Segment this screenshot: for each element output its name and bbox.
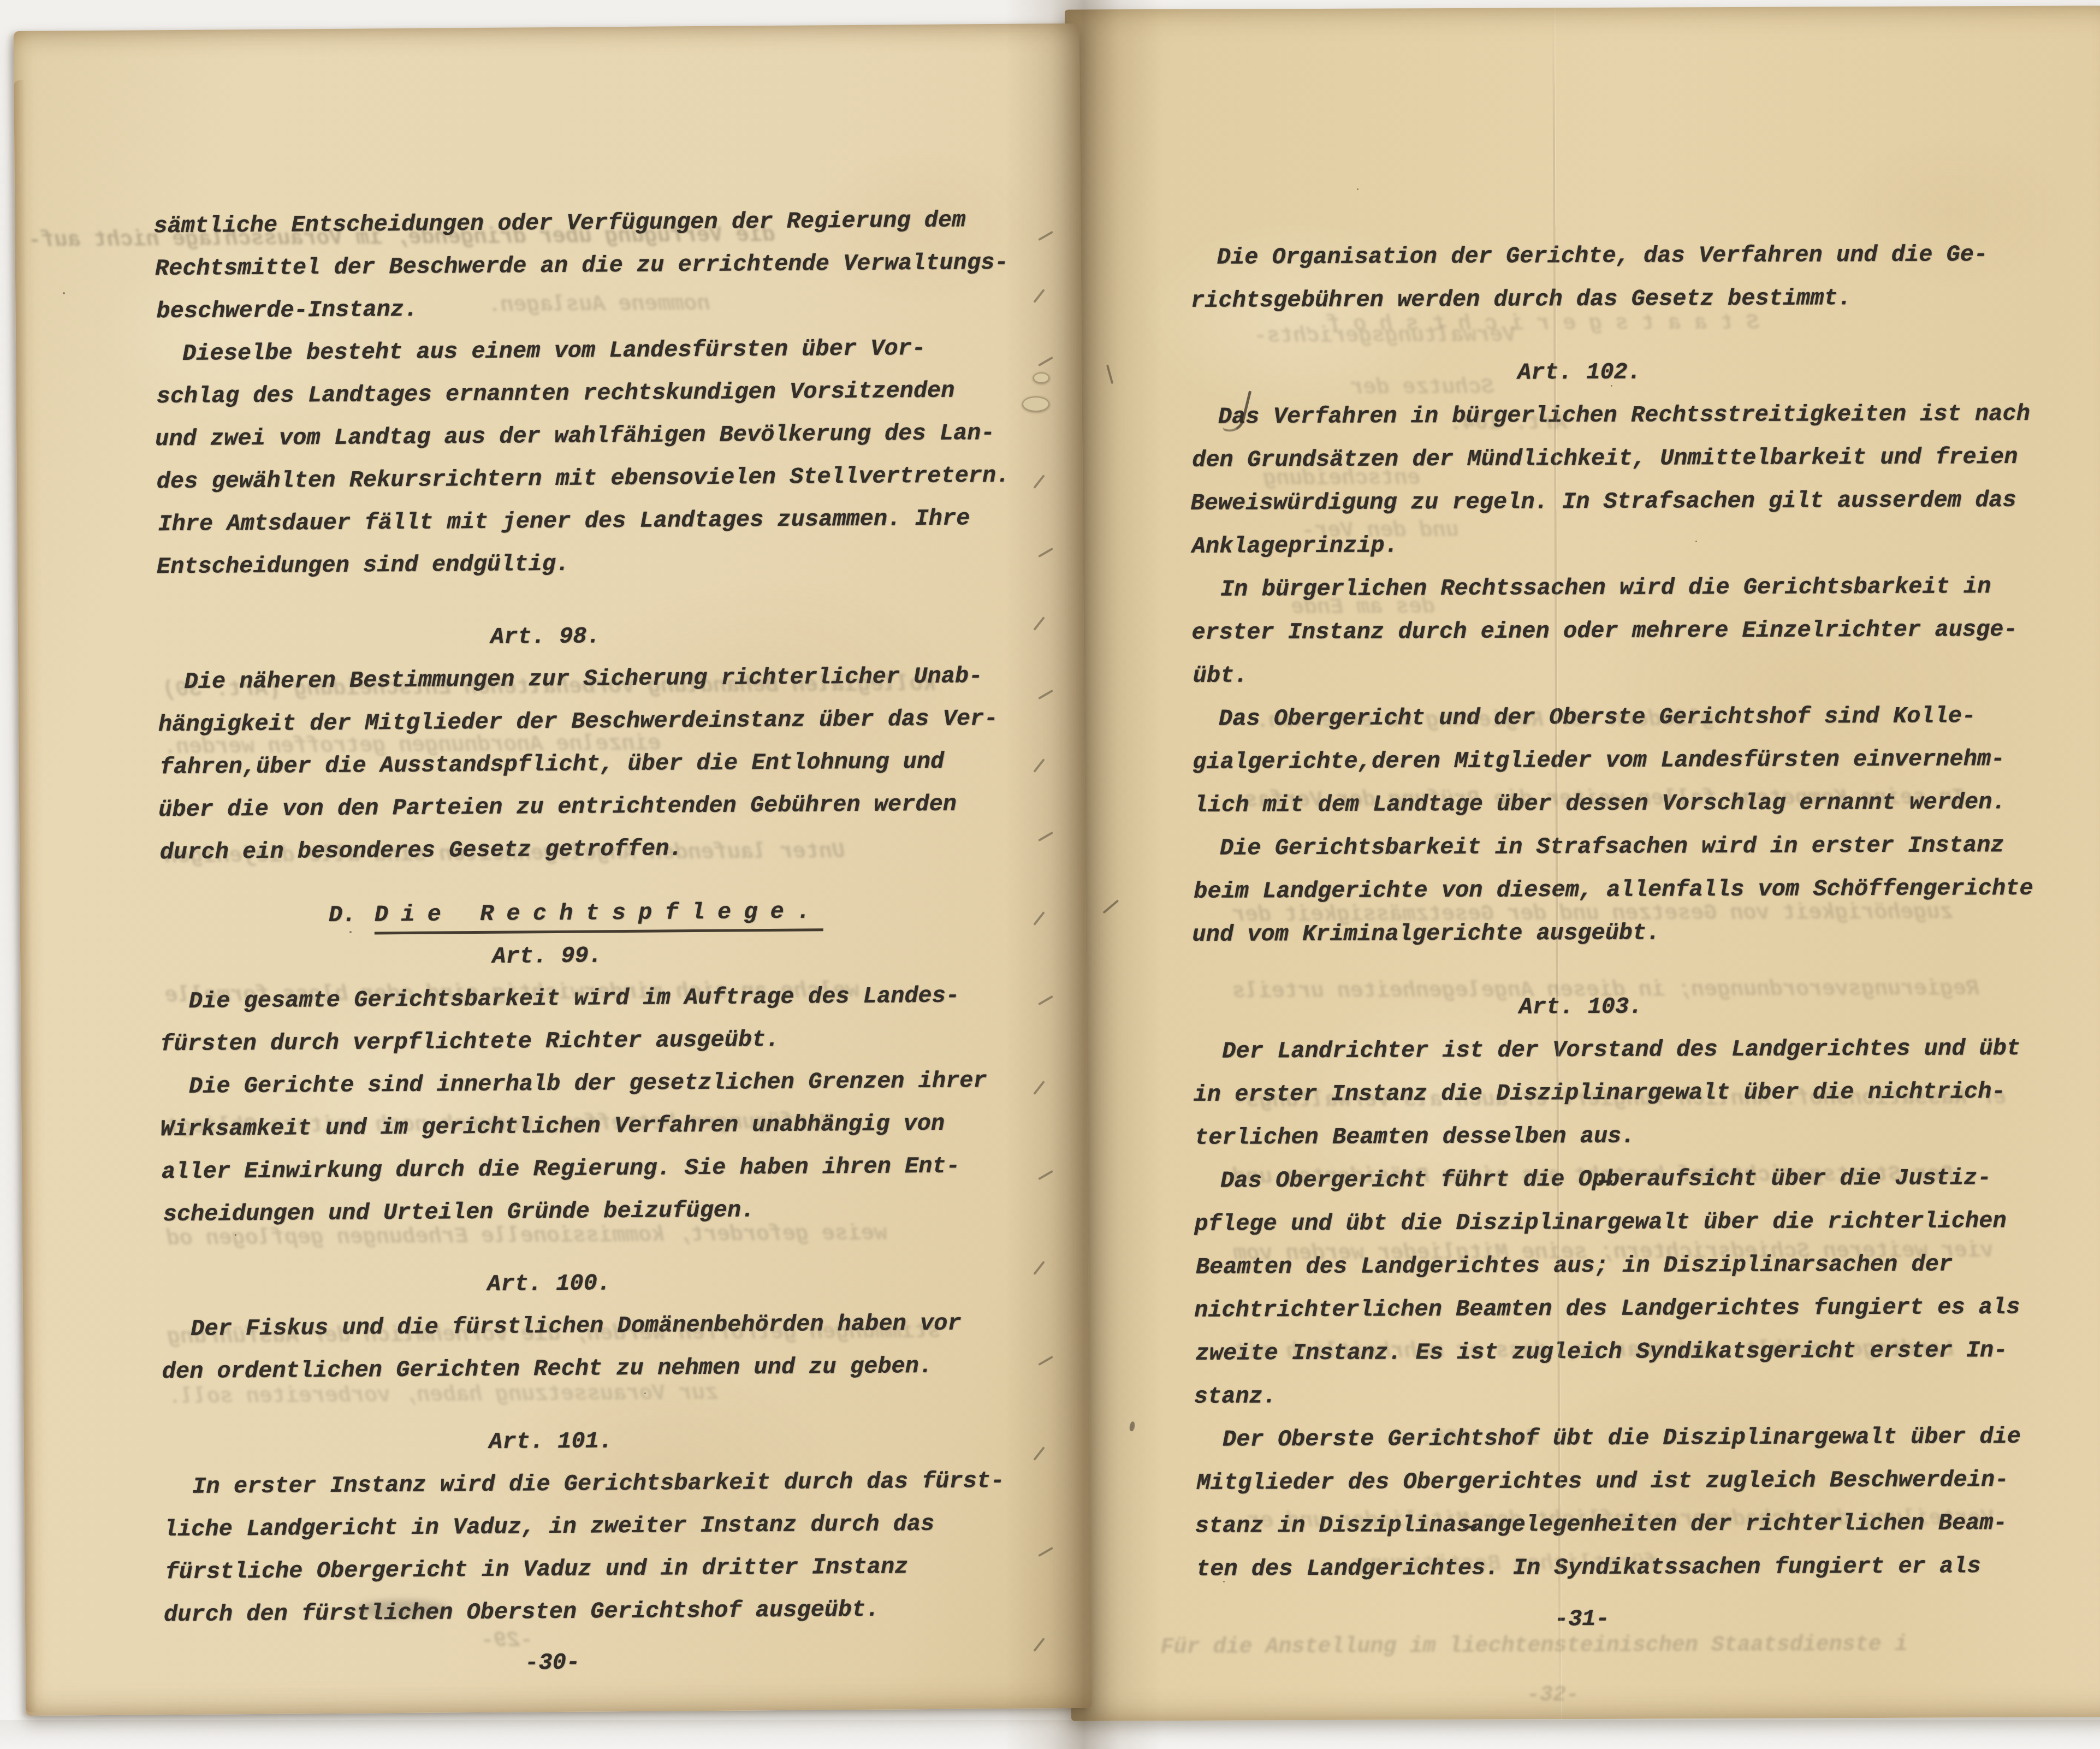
typescript-line: und zwei vom Landtag aus der wahlfähigen… xyxy=(155,422,1011,450)
typescript-line: liche Landgericht in Vaduz, in zweiter I… xyxy=(164,1512,1020,1541)
article-heading: Art. 102. xyxy=(1192,359,2048,386)
left-page: die Verfügung über dringende, im Vorauss… xyxy=(14,23,1092,1716)
dust-speck xyxy=(1223,1581,1225,1582)
typescript-line: ten des Landgerichtes. In Syndikatssache… xyxy=(1196,1555,2052,1581)
typescript-line: pflege und übt die Disziplinargewalt übe… xyxy=(1194,1210,2050,1236)
dust-speck xyxy=(1993,844,1995,846)
section-title: Die Rechtspflege. xyxy=(375,898,823,934)
typescript-line: Der Fiskus und die fürstlichen Domänenbe… xyxy=(163,1312,1019,1341)
typescript-line: Der Landrichter ist der Vorstand des Lan… xyxy=(1195,1037,2051,1063)
right-page: S t a a t s g e r i c h t s h o f .Verwa… xyxy=(1065,5,2100,1721)
typescript-line: scheidungen und Urteilen Gründe beizufüg… xyxy=(163,1197,1019,1226)
pen-mark xyxy=(1102,899,1119,914)
typescript-line: Die gesamte Gerichtsbarkeit wird im Auft… xyxy=(162,984,1018,1013)
typescript-line: nichtrichterlichen Beamten des Landgeric… xyxy=(1194,1296,2050,1322)
pen-mark xyxy=(1129,1421,1135,1432)
bleedthrough-text: zur Voraussetzung haben, vorbereiten sol… xyxy=(168,1383,718,1409)
section-letter: D. xyxy=(329,902,357,928)
typescript-line: Wirksamkeit und im gerichtlichen Verfahr… xyxy=(160,1112,1016,1141)
typescript-line: gialgerichte,deren Mitglieder vom Landes… xyxy=(1193,748,2049,774)
typescript-line: Mitglieder des Obergerichtes und ist zug… xyxy=(1196,1468,2052,1495)
typescript-line: durch ein besonderes Gesetz getroffen. xyxy=(160,835,1016,864)
typescript-line: Die Gerichtsbarkeit in Strafsachen wird … xyxy=(1193,834,2049,860)
article-heading: Art. 99. xyxy=(160,941,1016,970)
bleedthrough-text: Verwaltungsgerichts- xyxy=(1254,325,1516,348)
dust-speck xyxy=(1357,188,1359,190)
typescript-line: fahren,über die Ausstandspflicht, über d… xyxy=(159,750,1016,779)
typescript-line: stanz in Disziplinas̶angelegenheiten der… xyxy=(1195,1511,2051,1538)
dust-speck xyxy=(235,1234,236,1236)
article-heading: Art. 100. xyxy=(162,1269,1018,1298)
typescript-line: fürstliche Obergericht in Vaduz und in d… xyxy=(165,1555,1021,1584)
typescript-line: Beamten des Landgerichtes aus; in Diszip… xyxy=(1196,1253,2052,1279)
typescript-line: in erster Instanz die Disziplinargewalt … xyxy=(1194,1080,2050,1106)
page-number: -31- xyxy=(1195,1606,2051,1632)
typescript-line: stanz. xyxy=(1194,1382,2050,1408)
typescript-line: den ordentlichen Gerichten Recht zu nehm… xyxy=(162,1354,1018,1383)
typescript-line: und vom Kriminalgerichte ausgeübt. xyxy=(1192,920,2048,946)
article-heading: Art. 103. xyxy=(1194,994,2050,1020)
typescript-line: den Grundsätzen der Mündlichkeit, Unmitt… xyxy=(1192,446,2048,472)
bleedthrough-text: -32- xyxy=(1527,1685,1579,1706)
typescript-line: Das Obergericht führt die Op̶beraufsicht… xyxy=(1193,1166,2049,1193)
page-stack-edge xyxy=(14,80,51,1712)
typescript-line: übt. xyxy=(1193,661,2049,687)
typescript-line: terlichen Beamten desselben aus. xyxy=(1195,1123,2051,1149)
typescript-line: Anklageprinzip. xyxy=(1192,532,2048,558)
typescript-line: Das Obergericht und der Oberste Gerichts… xyxy=(1191,704,2048,731)
typescript-line: Das Verfahren in bürgerlichen Rechtsstre… xyxy=(1191,402,2047,429)
typescript-line: Entscheidungen sind endgültig. xyxy=(157,549,1013,578)
typescript-line: Die Organisation der Gerichte, das Verfa… xyxy=(1190,243,2046,269)
dust-speck xyxy=(349,931,352,933)
typescript-line: fürsten durch verpflichtete Richter ausg… xyxy=(160,1027,1016,1056)
typescript-line: Beweiswürdigung zu regeln. In Strafsache… xyxy=(1190,489,2046,515)
dust-speck xyxy=(1611,385,1612,387)
dust-speck xyxy=(63,292,65,294)
dust-speck xyxy=(1695,541,1697,542)
typescript-line: schlag des Landtages ernannten rechtskun… xyxy=(156,379,1012,408)
typescript-line: zweite Instanz. Es ist zugleich Syndikat… xyxy=(1195,1339,2051,1365)
typescript-line: lich mit dem Landtage über dessen Vorsch… xyxy=(1194,791,2050,817)
typescript-line: beschwerde-Instanz. xyxy=(156,294,1012,323)
typescript-line: des gewählten Rekursrichtern mit ebensov… xyxy=(157,464,1013,493)
typescript-line: richtsgebühren werden durch das Gesetz b… xyxy=(1191,286,2047,312)
page-number: -30- xyxy=(165,1648,1022,1677)
scanned-document: S t a a t s g e r i c h t s h o f .Verwa… xyxy=(0,0,2100,1749)
typescript-line: aller Einwirkung durch die Regierung. Si… xyxy=(162,1154,1018,1183)
typescript-line: durch den fürstlichen Obersten Gerichtsh… xyxy=(164,1597,1020,1626)
typescript-line: beim Landgerichte von diesem, allenfalls… xyxy=(1194,877,2050,903)
bleedthrough-text: weise gefordert, kommissionelle Erhebung… xyxy=(167,1224,887,1251)
typescript-line: Ihre Amtsdauer fällt mit jener des Landt… xyxy=(158,507,1014,536)
scanner-bed xyxy=(0,1720,2100,1749)
typescript-line: Rechtsmittel der Beschwerde an die zu er… xyxy=(155,251,1011,280)
article-heading: Art. 101. xyxy=(164,1427,1020,1456)
typescript-line: über die von den Parteien zu entrichtend… xyxy=(158,792,1015,821)
typescript-line: Die Gerichte sind innerhalb der gesetzli… xyxy=(162,1069,1018,1098)
typescript-line: erster Instanz durch einen oder mehrere … xyxy=(1191,618,2048,644)
dust-speck xyxy=(644,1392,646,1394)
typescript-line: sämtliche Entscheidungen oder Verfügunge… xyxy=(153,209,1010,238)
typescript-line: Die näheren Bestimmungen zur Sicherung r… xyxy=(157,665,1013,693)
article-heading: Art. 98. xyxy=(158,622,1015,651)
typescript-line: Dieselbe besteht aus einem vom Landesfür… xyxy=(155,336,1011,365)
pen-mark xyxy=(1106,364,1113,384)
typescript-line: In erster Instanz wird die Gerichtsbarke… xyxy=(165,1469,1021,1498)
typescript-line: Der Oberste Gerichtshof übt die Diszipli… xyxy=(1195,1425,2051,1451)
typescript-line: hängigkeit der Mitglieder der Beschwerde… xyxy=(158,707,1015,736)
typescript-line: In bürgerlichen Rechtssachen wird die Ge… xyxy=(1193,575,2049,601)
bleedthrough-text: -29- xyxy=(480,1630,533,1652)
bleedthrough-text: Für die Anstellung im liechtensteinische… xyxy=(1160,1634,1907,1659)
section-heading: D.Die Rechtspflege. xyxy=(158,899,1015,928)
